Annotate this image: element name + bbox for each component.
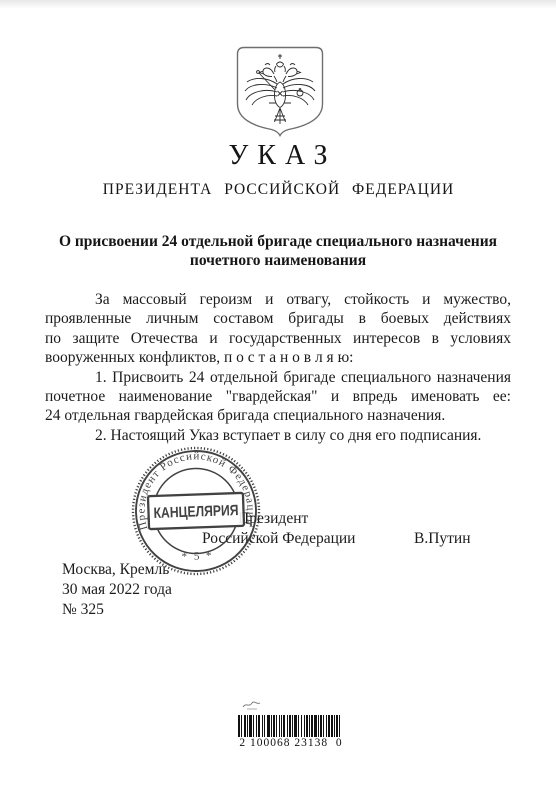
ink-smudge — [241, 698, 265, 712]
body-line: 24 отдельная гвардейская бригада специал… — [45, 406, 511, 425]
russian-coat-of-arms-icon — [236, 46, 324, 138]
decree-document-page: УКАЗ ПРЕЗИДЕНТА РОССИЙСКОЙ ФЕДЕРАЦИИ О п… — [0, 0, 556, 785]
subject-heading: О присвоении 24 отдельной бригаде специа… — [45, 232, 511, 270]
double-headed-eagle — [245, 54, 315, 124]
stamp-center-text: КАНЦЕЛЯРИЯ — [153, 502, 239, 522]
subject-line-1: О присвоении 24 отдельной бригаде специа… — [45, 232, 511, 251]
barcode — [238, 715, 344, 737]
issue-place: Москва, Кремль — [62, 560, 172, 580]
document-title: УКАЗ — [0, 140, 556, 172]
issue-number: № 325 — [62, 600, 172, 620]
body-line: За массовый героизм и отвагу, стойкость … — [45, 290, 511, 309]
page-top-shadow — [0, 0, 556, 9]
body-line: вооруженных конфликтов, п о с т а н о в … — [45, 348, 511, 367]
issue-date: 30 мая 2022 года — [62, 580, 172, 600]
subject-line-2: почетного наименования — [45, 251, 511, 270]
signature-name: В.Путин — [414, 530, 471, 548]
body-line: проявленные личным составом бригады в бо… — [45, 309, 511, 328]
chancellery-stamp: Президент Российской Федерации * 5 * КАН… — [128, 443, 265, 580]
issue-details: Москва, Кремль 30 мая 2022 года № 325 — [62, 560, 172, 620]
barcode-number: 2 100068 23138 0 — [226, 737, 356, 749]
body-line: по защите Отечества и государственных ин… — [45, 329, 511, 348]
body-line: 1. Присвоить 24 отдельной бригаде специа… — [45, 368, 511, 387]
body-line: почетное наименование "гвардейская" и вп… — [45, 387, 511, 406]
decree-body: За массовый героизм и отвагу, стойкость … — [45, 290, 511, 445]
stamp-bottom-text: * 5 * — [181, 550, 213, 563]
body-line: 2. Настоящий Указ вступает в силу со дня… — [45, 426, 511, 445]
document-subtitle: ПРЕЗИДЕНТА РОССИЙСКОЙ ФЕДЕРАЦИИ — [0, 181, 556, 199]
